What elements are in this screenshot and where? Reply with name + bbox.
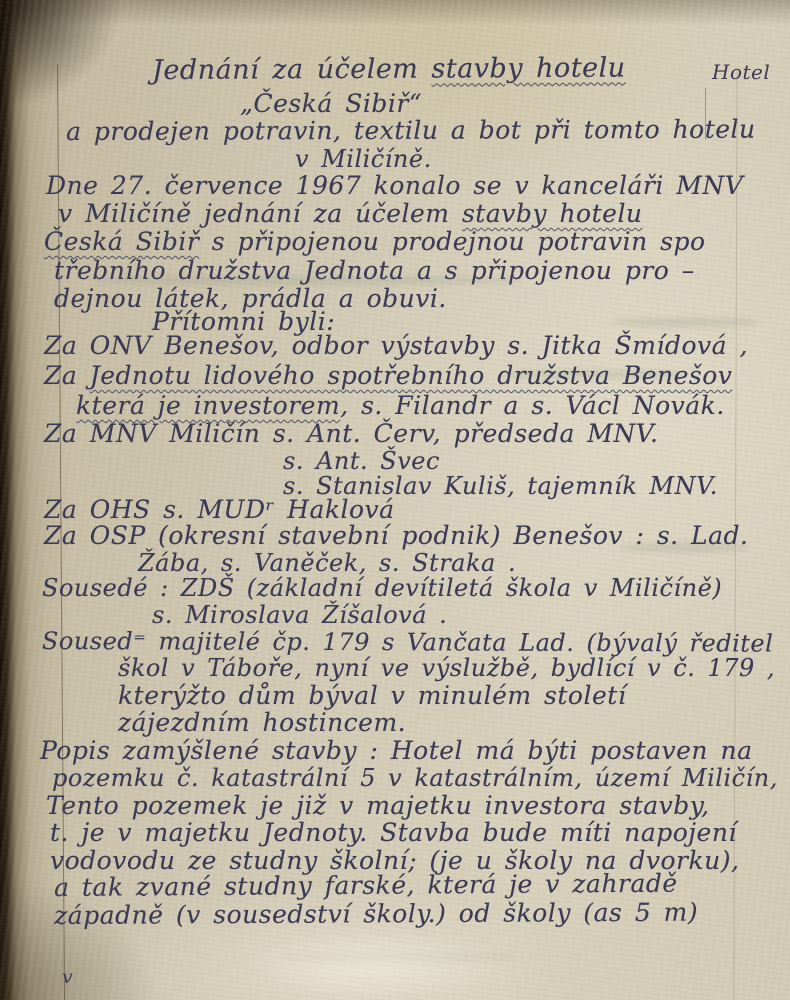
text-segment: kterýžto dům býval v minulém století [118,681,626,710]
text-segment: Za ONV Benešov, odbor výstavby s. Jitka … [44,331,748,360]
underlined-text-segment: stavby hotelu [431,53,625,85]
chronicle-page-photo: Jednání za účelem stavby hotelu„Česká Si… [0,0,790,1000]
text-segment: Za MNV Miličín s. Ant. Červ, předseda MN… [44,419,658,448]
text-segment: v Miličíně. [295,145,432,173]
text-segment: , s. Filandr a s. Václ Novák. [340,391,725,420]
text-segment: Žába, s. Vaněček, s. Straka . [138,549,516,577]
text-segment: t. je v majetku Jednoty. Stavba bude mít… [50,818,737,847]
text-segment: „Česká Sibiř“ [240,89,422,118]
margin-note-hotel: Hotel [712,60,770,84]
text-segment: Popis zamýšlené stavby : Hotel má býti p… [40,736,752,765]
text-segment: zájezdním hostincem. [118,708,406,737]
text-segment: škol v Táboře, nyní ve výslužbě, bydlící… [118,654,775,682]
handwritten-line: Za OHS s. MUDʳ Haklová [44,495,395,524]
text-segment: Za OHS s. MUDʳ Haklová [44,495,395,524]
handwritten-line: zájezdním hostincem. [118,708,406,737]
handwritten-line: Žába, s. Vaněček, s. Straka . [138,549,516,577]
handwritten-line: t. je v majetku Jednoty. Stavba bude mít… [50,818,737,847]
handwritten-line: Česká Sibiř s připojenou prodejnou potra… [44,227,706,256]
text-segment: Za [44,361,90,390]
text-segment: Soused⁼ majitelé čp. 179 s Vančata Lad. … [42,627,773,658]
handwritten-line: Soused⁼ majitelé čp. 179 s Vančata Lad. … [42,627,773,658]
text-segment: pozemku č. katastrální 5 v katastrálním,… [52,764,778,792]
handwritten-line: a prodejen potravin, textilu a bot při t… [66,115,756,146]
reviewer-check-mark: v [62,966,73,988]
handwritten-line: Za OSP (okresní stavební podnik) Benešov… [44,521,749,550]
handwritten-line: pozemku č. katastrální 5 v katastrálním,… [52,764,778,792]
text-segment: s. Ant. Švec [283,447,440,475]
text-segment: v Miličíně jednání za účelem [58,199,462,228]
text-segment: Sousedé : ZDŠ (základní devítiletá škola… [42,574,722,602]
handwritten-line: Za ONV Benešov, odbor výstavby s. Jitka … [44,331,748,360]
text-segment: a prodejen potravin, textilu a bot při t… [66,115,756,146]
handwritten-line: Jednání za účelem stavby hotelu [152,53,626,86]
handwritten-line: a tak zvané studny farské, která je v za… [54,869,678,902]
handwritten-line: Za MNV Miličín s. Ant. Červ, předseda MN… [44,419,658,448]
text-segment: Za OSP (okresní stavební podnik) Benešov… [44,521,749,550]
handwritten-line: Popis zamýšlené stavby : Hotel má býti p… [40,736,752,765]
handwritten-line: s. Miroslava Žíšalová . [152,601,447,629]
text-segment: třebního družstva Jednota a s připojenou… [54,256,695,285]
handwritten-line: Dne 27. července 1967 konalo se v kancel… [46,171,743,200]
text-segment: Tento pozemek je již v majetku investora… [46,791,710,820]
handwritten-line: třebního družstva Jednota a s připojenou… [54,256,695,285]
handwritten-line: Tento pozemek je již v majetku investora… [46,791,710,820]
underlined-text-segment: stavby hotelu [462,199,643,228]
handwritten-line: západně (v sousedství školy.) od školy (… [54,898,698,930]
text-segment: západně (v sousedství školy.) od školy (… [54,898,698,930]
handwriting-layer: Jednání za účelem stavby hotelu„Česká Si… [0,0,790,1000]
handwritten-line: v Miličíně jednání za účelem stavby hote… [58,199,643,228]
handwritten-line: kterýžto dům býval v minulém století [118,681,626,710]
text-segment: s. Miroslava Žíšalová . [152,601,447,629]
handwritten-line: v Miličíně. [295,145,432,173]
underlined-text-segment: Česká Sibiř [44,227,199,256]
text-segment: Dne 27. července 1967 konalo se v kancel… [46,171,743,200]
text-segment: Jednání za účelem [152,54,432,86]
underlined-text-segment: která je investorem [76,391,340,420]
handwritten-line: Sousedé : ZDŠ (základní devítiletá škola… [42,574,722,602]
handwritten-line: s. Ant. Švec [283,447,440,475]
handwritten-line: škol v Táboře, nyní ve výslužbě, bydlící… [118,654,775,682]
handwritten-line: Za Jednotu lidového spotřebního družstva… [44,361,732,390]
text-segment: a tak zvané studny farské, která je v za… [54,869,678,902]
underlined-text-segment: Jednotu lidového spotřebního družstva Be… [90,361,733,390]
text-segment: s připojenou prodejnou potravin spo [199,227,705,256]
handwritten-line: „Česká Sibiř“ [240,89,422,118]
handwritten-line: která je investorem, s. Filandr a s. Vác… [76,391,725,420]
